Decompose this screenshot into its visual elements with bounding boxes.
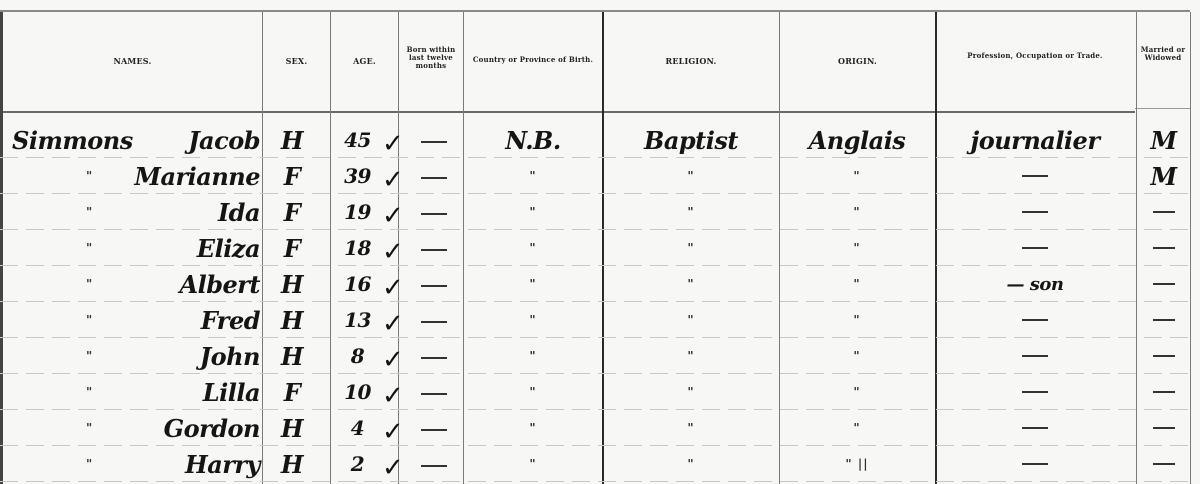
header-age: AGE. [331, 12, 398, 111]
sex-cell: F [262, 194, 322, 230]
age-cell: 19 [330, 194, 385, 230]
married-dash [1137, 446, 1190, 482]
surname-cell: " [86, 446, 116, 482]
origin-cell: " [779, 230, 935, 266]
given-name-cell: Harry [130, 446, 260, 482]
surname-cell: " [86, 302, 116, 338]
surname-cell: " [86, 374, 116, 410]
origin-cell: " || [779, 446, 935, 482]
profession-dash [1000, 410, 1070, 446]
born-dash [410, 304, 458, 340]
age-cell: 4 [330, 410, 385, 446]
header-religion: RELIGION. [603, 12, 779, 111]
married-dash [1137, 374, 1190, 410]
born-dash [410, 232, 458, 268]
sex-cell: H [262, 266, 322, 302]
born-dash [410, 124, 458, 160]
married-dash [1137, 230, 1190, 266]
age-cell: 8 [330, 338, 385, 374]
origin-cell: " [779, 338, 935, 374]
profession-dash [1000, 158, 1070, 194]
surname-cell: " [86, 338, 116, 374]
column-divider [935, 12, 937, 484]
age-cell: 45 [330, 122, 385, 158]
religion-cell: Baptist [603, 122, 779, 158]
born-checkmark: ✓ [382, 234, 412, 270]
religion-cell: " [603, 410, 779, 446]
origin-cell: " [779, 374, 935, 410]
religion-cell: " [603, 446, 779, 482]
born-dash [410, 340, 458, 376]
born-checkmark: ✓ [382, 126, 412, 162]
origin-cell: " [779, 410, 935, 446]
header-sex: SEX. [263, 12, 330, 111]
surname-cell: Simmons [12, 122, 132, 158]
country-cell: " [463, 374, 603, 410]
born-dash [410, 268, 458, 304]
census-sheet: NAMES. SEX. AGE. Born within last twelve… [0, 0, 1200, 484]
country-cell: " [463, 302, 603, 338]
given-name-cell: Albert [130, 266, 260, 302]
country-cell: N.B. [463, 122, 603, 158]
country-cell: " [463, 446, 603, 482]
header-names: NAMES. [3, 12, 262, 111]
profession-dash [1000, 194, 1070, 230]
profession-cell: — son [935, 266, 1135, 302]
origin-cell: " [779, 158, 935, 194]
profession-dash [1000, 446, 1070, 482]
sex-cell: H [262, 338, 322, 374]
given-name-cell: Jacob [130, 122, 260, 158]
married-cell: M [1137, 122, 1190, 158]
sex-cell: H [262, 410, 322, 446]
married-dash [1137, 338, 1190, 374]
born-dash [410, 376, 458, 412]
profession-cell: journalier [935, 122, 1135, 158]
married-dash [1137, 194, 1190, 230]
sex-cell: H [262, 302, 322, 338]
religion-cell: " [603, 302, 779, 338]
profession-dash [1000, 302, 1070, 338]
born-checkmark: ✓ [382, 450, 412, 484]
religion-cell: " [603, 338, 779, 374]
header-divider [0, 111, 1135, 113]
married-dash [1137, 266, 1190, 302]
header-profession: Profession, Occupation or Trade. [950, 12, 1120, 111]
profession-dash [1000, 338, 1070, 374]
column-divider [1190, 12, 1191, 484]
country-cell: " [463, 194, 603, 230]
given-name-cell: Eliza [130, 230, 260, 266]
surname-cell: " [86, 194, 116, 230]
married-dash [1137, 410, 1190, 446]
religion-cell: " [603, 194, 779, 230]
country-cell: " [463, 338, 603, 374]
married-dash [1137, 302, 1190, 338]
sex-cell: F [262, 230, 322, 266]
religion-cell: " [603, 266, 779, 302]
born-dash [410, 196, 458, 232]
country-cell: " [463, 158, 603, 194]
born-checkmark: ✓ [382, 198, 412, 234]
born-dash [410, 412, 458, 448]
born-dash [410, 160, 458, 196]
surname-cell: " [86, 158, 116, 194]
religion-cell: " [603, 158, 779, 194]
age-cell: 13 [330, 302, 385, 338]
profession-dash [1000, 374, 1070, 410]
country-cell: " [463, 230, 603, 266]
header-origin: ORIGIN. [780, 12, 935, 111]
given-name-cell: Fred [130, 302, 260, 338]
surname-cell: " [86, 230, 116, 266]
sex-cell: F [262, 374, 322, 410]
surname-cell: " [86, 266, 116, 302]
age-cell: 10 [330, 374, 385, 410]
born-checkmark: ✓ [382, 306, 412, 342]
born-checkmark: ✓ [382, 378, 412, 414]
born-checkmark: ✓ [382, 270, 412, 306]
profession-dash [1000, 230, 1070, 266]
given-name-cell: John [130, 338, 260, 374]
given-name-cell: Ida [130, 194, 260, 230]
born-dash [410, 448, 458, 484]
sex-cell: F [262, 158, 322, 194]
origin-cell: " [779, 194, 935, 230]
header-born-within: Born within last twelve months [399, 12, 463, 111]
born-checkmark: ✓ [382, 162, 412, 198]
given-name-cell: Lilla [130, 374, 260, 410]
header-country: Country or Province of Birth. [470, 12, 596, 111]
married-cell: M [1137, 158, 1190, 194]
age-cell: 18 [330, 230, 385, 266]
religion-cell: " [603, 230, 779, 266]
country-cell: " [463, 266, 603, 302]
age-cell: 2 [330, 446, 385, 482]
origin-cell: " [779, 266, 935, 302]
age-cell: 16 [330, 266, 385, 302]
age-cell: 39 [330, 158, 385, 194]
born-checkmark: ✓ [382, 342, 412, 378]
origin-cell: Anglais [779, 122, 935, 158]
country-cell: " [463, 410, 603, 446]
religion-cell: " [603, 374, 779, 410]
sex-cell: H [262, 446, 322, 482]
given-name-cell: Marianne [130, 158, 260, 194]
surname-cell: " [86, 410, 116, 446]
sex-cell: H [262, 122, 322, 158]
origin-cell: " [779, 302, 935, 338]
given-name-cell: Gordon [130, 410, 260, 446]
header-married: Married or Widowed [1137, 12, 1189, 111]
born-checkmark: ✓ [382, 414, 412, 450]
